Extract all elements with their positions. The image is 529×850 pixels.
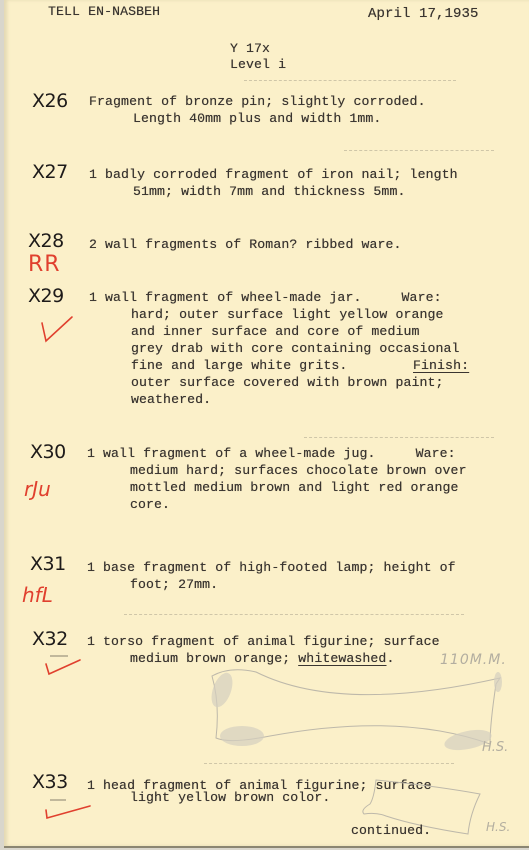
divider (124, 614, 464, 615)
entry-x29-line-5: fine and large white grits. (131, 358, 347, 375)
entry-x27-line-2: 51mm; width 7mm and thickness 5mm. (133, 184, 405, 201)
entry-x29-line-4: grey drab with core containing occasiona… (131, 341, 460, 358)
entry-number-x26: X26 (32, 90, 68, 112)
checkmark-icon (40, 796, 96, 826)
entry-x32-line-1: 1 torso fragment of animal figurine; sur… (87, 634, 440, 651)
divider (244, 80, 456, 81)
entry-number-x30: X30 (30, 441, 66, 463)
continued-label: continued. (351, 823, 431, 840)
figurine-torso-sketch (200, 664, 520, 764)
checkmark-icon (40, 648, 86, 678)
entry-x30-line-4: core. (130, 497, 170, 514)
entry-number-x28: X28 (28, 230, 64, 252)
entry-x30-line-1: 1 wall fragment of a wheel-made jug. War… (87, 446, 456, 463)
entry-number-x31: X31 (30, 553, 66, 575)
entry-x26-line-2: Length 40mm plus and width 1mm. (133, 111, 381, 128)
entry-number-x29: X29 (28, 285, 64, 307)
entry-x33-line-2: light yellow brown color. (130, 790, 330, 807)
divider (304, 437, 494, 438)
checkmark-icon (38, 315, 78, 345)
entry-x31-line-1: 1 base fragment of high-footed lamp; hei… (87, 560, 456, 577)
entry-x30-line-2: medium hard; surfaces chocolate brown ov… (130, 463, 467, 480)
entry-number-x33: X33 (32, 771, 68, 793)
entry-x27-line-1: 1 badly corroded fragment of iron nail; … (89, 167, 458, 184)
pencil-initials: H.S. (482, 740, 508, 755)
annotation-hfl: hfL (22, 583, 53, 607)
entry-x29-line-3: and inner surface and core of medium (131, 324, 420, 341)
entry-x29-line-2: hard; outer surface light yellow orange (131, 307, 444, 324)
locus-code: Y 17x (230, 41, 270, 58)
entry-x29-line-7: weathered. (131, 392, 211, 409)
record-card: TELL EN-NASBEH April 17,1935 Y 17x Level… (4, 0, 529, 848)
entry-x29-line-6: outer surface covered with brown paint; (131, 375, 444, 392)
finish-label: Finish: (413, 358, 469, 375)
annotation-rr: RR (28, 252, 61, 277)
site-name: TELL EN-NASBEH (48, 4, 160, 21)
level-label: Level i (230, 57, 286, 74)
divider (344, 150, 494, 151)
entry-x31-line-2: foot; 27mm. (130, 577, 218, 594)
entry-x29-line-1: 1 wall fragment of wheel-made jar. Ware: (89, 290, 442, 307)
record-date: April 17,1935 (368, 6, 479, 23)
entry-x28-line-1: 2 wall fragments of Roman? ribbed ware. (89, 237, 402, 254)
entry-x30-line-3: mottled medium brown and light red orang… (130, 480, 459, 497)
entry-x26-line-1: Fragment of bronze pin; slightly corrode… (89, 94, 426, 111)
entry-number-x27: X27 (32, 161, 68, 183)
annotation-rju: rJu (24, 477, 51, 501)
divider (204, 763, 454, 764)
entry-number-x32: X32 (32, 628, 68, 650)
pencil-initials: H.S. (486, 820, 510, 834)
